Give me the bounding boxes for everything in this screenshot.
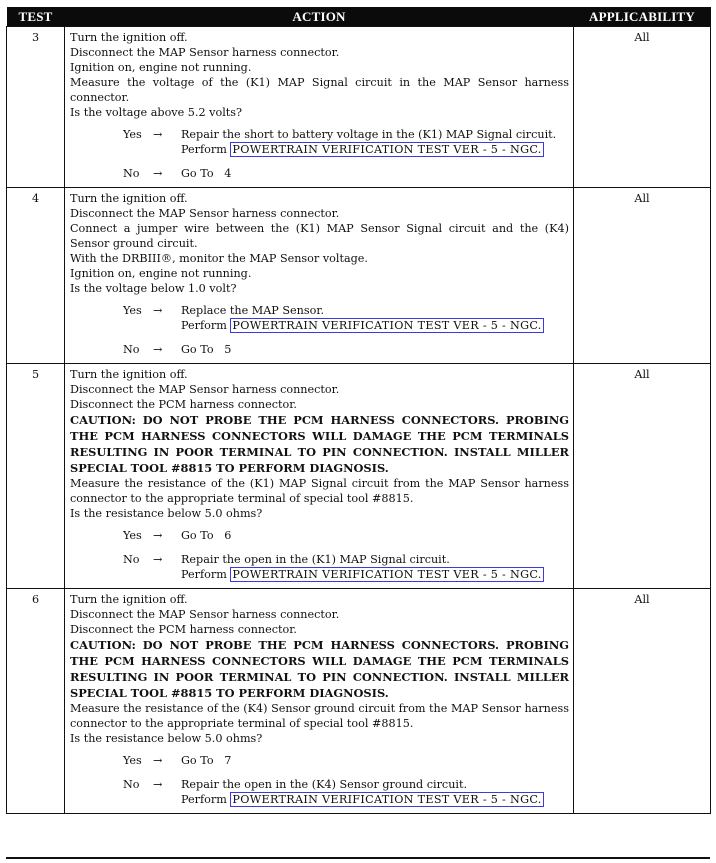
applicability-value: All xyxy=(574,27,711,188)
action-step: Is the voltage above 5.2 volts? xyxy=(70,105,569,120)
branch-text: Repair the open in the (K4) Sensor groun… xyxy=(181,777,569,792)
perform-instruction: Perform POWERTRAIN VERIFICATION TEST VER… xyxy=(181,567,569,582)
table-row: 4Turn the ignition off.Disconnect the MA… xyxy=(7,188,711,364)
branch-text: Go To 4 xyxy=(181,166,569,181)
action-cell: Turn the ignition off.Disconnect the MAP… xyxy=(65,188,574,364)
diagnostic-procedure-page: TEST ACTION APPLICABILITY 3Turn the igni… xyxy=(6,7,710,814)
test-number: 3 xyxy=(7,27,65,188)
branch-result: Go To 6 xyxy=(181,528,569,543)
action-step: Disconnect the MAP Sensor harness connec… xyxy=(70,45,569,60)
decision-branches: Yes→Repair the short to battery voltage … xyxy=(123,127,569,181)
table-header-row: TEST ACTION APPLICABILITY xyxy=(7,7,711,27)
branch-text: Replace the MAP Sensor. xyxy=(181,303,569,318)
caution-warning: CAUTION: DO NOT PROBE THE PCM HARNESS CO… xyxy=(70,637,569,701)
test-number: 4 xyxy=(7,188,65,364)
branch-result: Replace the MAP Sensor.Perform POWERTRAI… xyxy=(181,303,569,333)
action-step: Disconnect the MAP Sensor harness connec… xyxy=(70,382,569,397)
branch-text: Repair the short to battery voltage in t… xyxy=(181,127,569,142)
action-step: Turn the ignition off. xyxy=(70,367,569,382)
branch-result: Repair the open in the (K4) Sensor groun… xyxy=(181,777,569,807)
table-body: 3Turn the ignition off.Disconnect the MA… xyxy=(7,27,711,814)
action-step: Disconnect the PCM harness connector. xyxy=(70,397,569,412)
branch-result: Go To 5 xyxy=(181,342,569,357)
action-step: Is the resistance below 5.0 ohms? xyxy=(70,731,569,746)
branch-text: Repair the open in the (K1) MAP Signal c… xyxy=(181,552,569,567)
action-step: Disconnect the PCM harness connector. xyxy=(70,622,569,637)
action-step: Measure the resistance of the (K1) MAP S… xyxy=(70,476,569,506)
verification-test-link[interactable]: POWERTRAIN VERIFICATION TEST VER - 5 - N… xyxy=(230,792,543,807)
branch-label: Yes xyxy=(123,303,153,333)
perform-label: Perform xyxy=(181,319,227,332)
branch-label: Yes xyxy=(123,753,153,768)
branch-label: No xyxy=(123,552,153,582)
arrow-right-icon: → xyxy=(153,303,181,333)
decision-branches: Yes→Go To 7No→Repair the open in the (K4… xyxy=(123,753,569,807)
branch-text: Go To 7 xyxy=(181,753,569,768)
header-test: TEST xyxy=(7,7,65,27)
test-number: 6 xyxy=(7,589,65,814)
arrow-right-icon: → xyxy=(153,127,181,157)
perform-label: Perform xyxy=(181,793,227,806)
branch-label: Yes xyxy=(123,127,153,157)
arrow-right-icon: → xyxy=(153,777,181,807)
action-cell: Turn the ignition off.Disconnect the MAP… xyxy=(65,364,574,589)
branch-no: No→Go To 4 xyxy=(123,166,569,181)
test-number: 5 xyxy=(7,364,65,589)
arrow-right-icon: → xyxy=(153,342,181,357)
verification-test-link[interactable]: POWERTRAIN VERIFICATION TEST VER - 5 - N… xyxy=(230,567,543,582)
arrow-right-icon: → xyxy=(153,753,181,768)
action-step: Turn the ignition off. xyxy=(70,592,569,607)
caution-warning: CAUTION: DO NOT PROBE THE PCM HARNESS CO… xyxy=(70,412,569,476)
branch-label: Yes xyxy=(123,528,153,543)
action-cell: Turn the ignition off.Disconnect the MAP… xyxy=(65,27,574,188)
applicability-value: All xyxy=(574,364,711,589)
action-step: Connect a jumper wire between the (K1) M… xyxy=(70,221,569,251)
branch-text: Go To 5 xyxy=(181,342,569,357)
action-cell: Turn the ignition off.Disconnect the MAP… xyxy=(65,589,574,814)
branch-result: Go To 7 xyxy=(181,753,569,768)
action-step: Is the voltage below 1.0 volt? xyxy=(70,281,569,296)
action-step: Is the resistance below 5.0 ohms? xyxy=(70,506,569,521)
branch-no: No→Go To 5 xyxy=(123,342,569,357)
branch-yes: Yes→Go To 6 xyxy=(123,528,569,543)
perform-label: Perform xyxy=(181,568,227,581)
table-row: 6Turn the ignition off.Disconnect the MA… xyxy=(7,589,711,814)
branch-result: Go To 4 xyxy=(181,166,569,181)
action-step: Measure the voltage of the (K1) MAP Sign… xyxy=(70,75,569,105)
action-step: Turn the ignition off. xyxy=(70,30,569,45)
action-step: Ignition on, engine not running. xyxy=(70,60,569,75)
page-bottom-rule xyxy=(6,857,710,859)
branch-result: Repair the short to battery voltage in t… xyxy=(181,127,569,157)
branch-label: No xyxy=(123,166,153,181)
header-applicability: APPLICABILITY xyxy=(574,7,711,27)
decision-branches: Yes→Go To 6No→Repair the open in the (K1… xyxy=(123,528,569,582)
verification-test-link[interactable]: POWERTRAIN VERIFICATION TEST VER - 5 - N… xyxy=(230,318,543,333)
perform-label: Perform xyxy=(181,143,227,156)
branch-yes: Yes→Repair the short to battery voltage … xyxy=(123,127,569,157)
perform-instruction: Perform POWERTRAIN VERIFICATION TEST VER… xyxy=(181,142,569,157)
arrow-right-icon: → xyxy=(153,166,181,181)
diagnostic-test-table: TEST ACTION APPLICABILITY 3Turn the igni… xyxy=(6,7,711,814)
branch-text: Go To 6 xyxy=(181,528,569,543)
action-step: Measure the resistance of the (K4) Senso… xyxy=(70,701,569,731)
branch-label: No xyxy=(123,342,153,357)
action-step: Ignition on, engine not running. xyxy=(70,266,569,281)
perform-instruction: Perform POWERTRAIN VERIFICATION TEST VER… xyxy=(181,792,569,807)
applicability-value: All xyxy=(574,589,711,814)
action-step: Disconnect the MAP Sensor harness connec… xyxy=(70,607,569,622)
arrow-right-icon: → xyxy=(153,552,181,582)
verification-test-link[interactable]: POWERTRAIN VERIFICATION TEST VER - 5 - N… xyxy=(230,142,543,157)
decision-branches: Yes→Replace the MAP Sensor.Perform POWER… xyxy=(123,303,569,357)
action-step: Disconnect the MAP Sensor harness connec… xyxy=(70,206,569,221)
applicability-value: All xyxy=(574,188,711,364)
branch-yes: Yes→Replace the MAP Sensor.Perform POWER… xyxy=(123,303,569,333)
branch-no: No→Repair the open in the (K4) Sensor gr… xyxy=(123,777,569,807)
header-action: ACTION xyxy=(65,7,574,27)
branch-label: No xyxy=(123,777,153,807)
branch-yes: Yes→Go To 7 xyxy=(123,753,569,768)
perform-instruction: Perform POWERTRAIN VERIFICATION TEST VER… xyxy=(181,318,569,333)
table-row: 5Turn the ignition off.Disconnect the MA… xyxy=(7,364,711,589)
action-step: Turn the ignition off. xyxy=(70,191,569,206)
table-row: 3Turn the ignition off.Disconnect the MA… xyxy=(7,27,711,188)
action-step: With the DRBIII®, monitor the MAP Sensor… xyxy=(70,251,569,266)
branch-no: No→Repair the open in the (K1) MAP Signa… xyxy=(123,552,569,582)
branch-result: Repair the open in the (K1) MAP Signal c… xyxy=(181,552,569,582)
arrow-right-icon: → xyxy=(153,528,181,543)
